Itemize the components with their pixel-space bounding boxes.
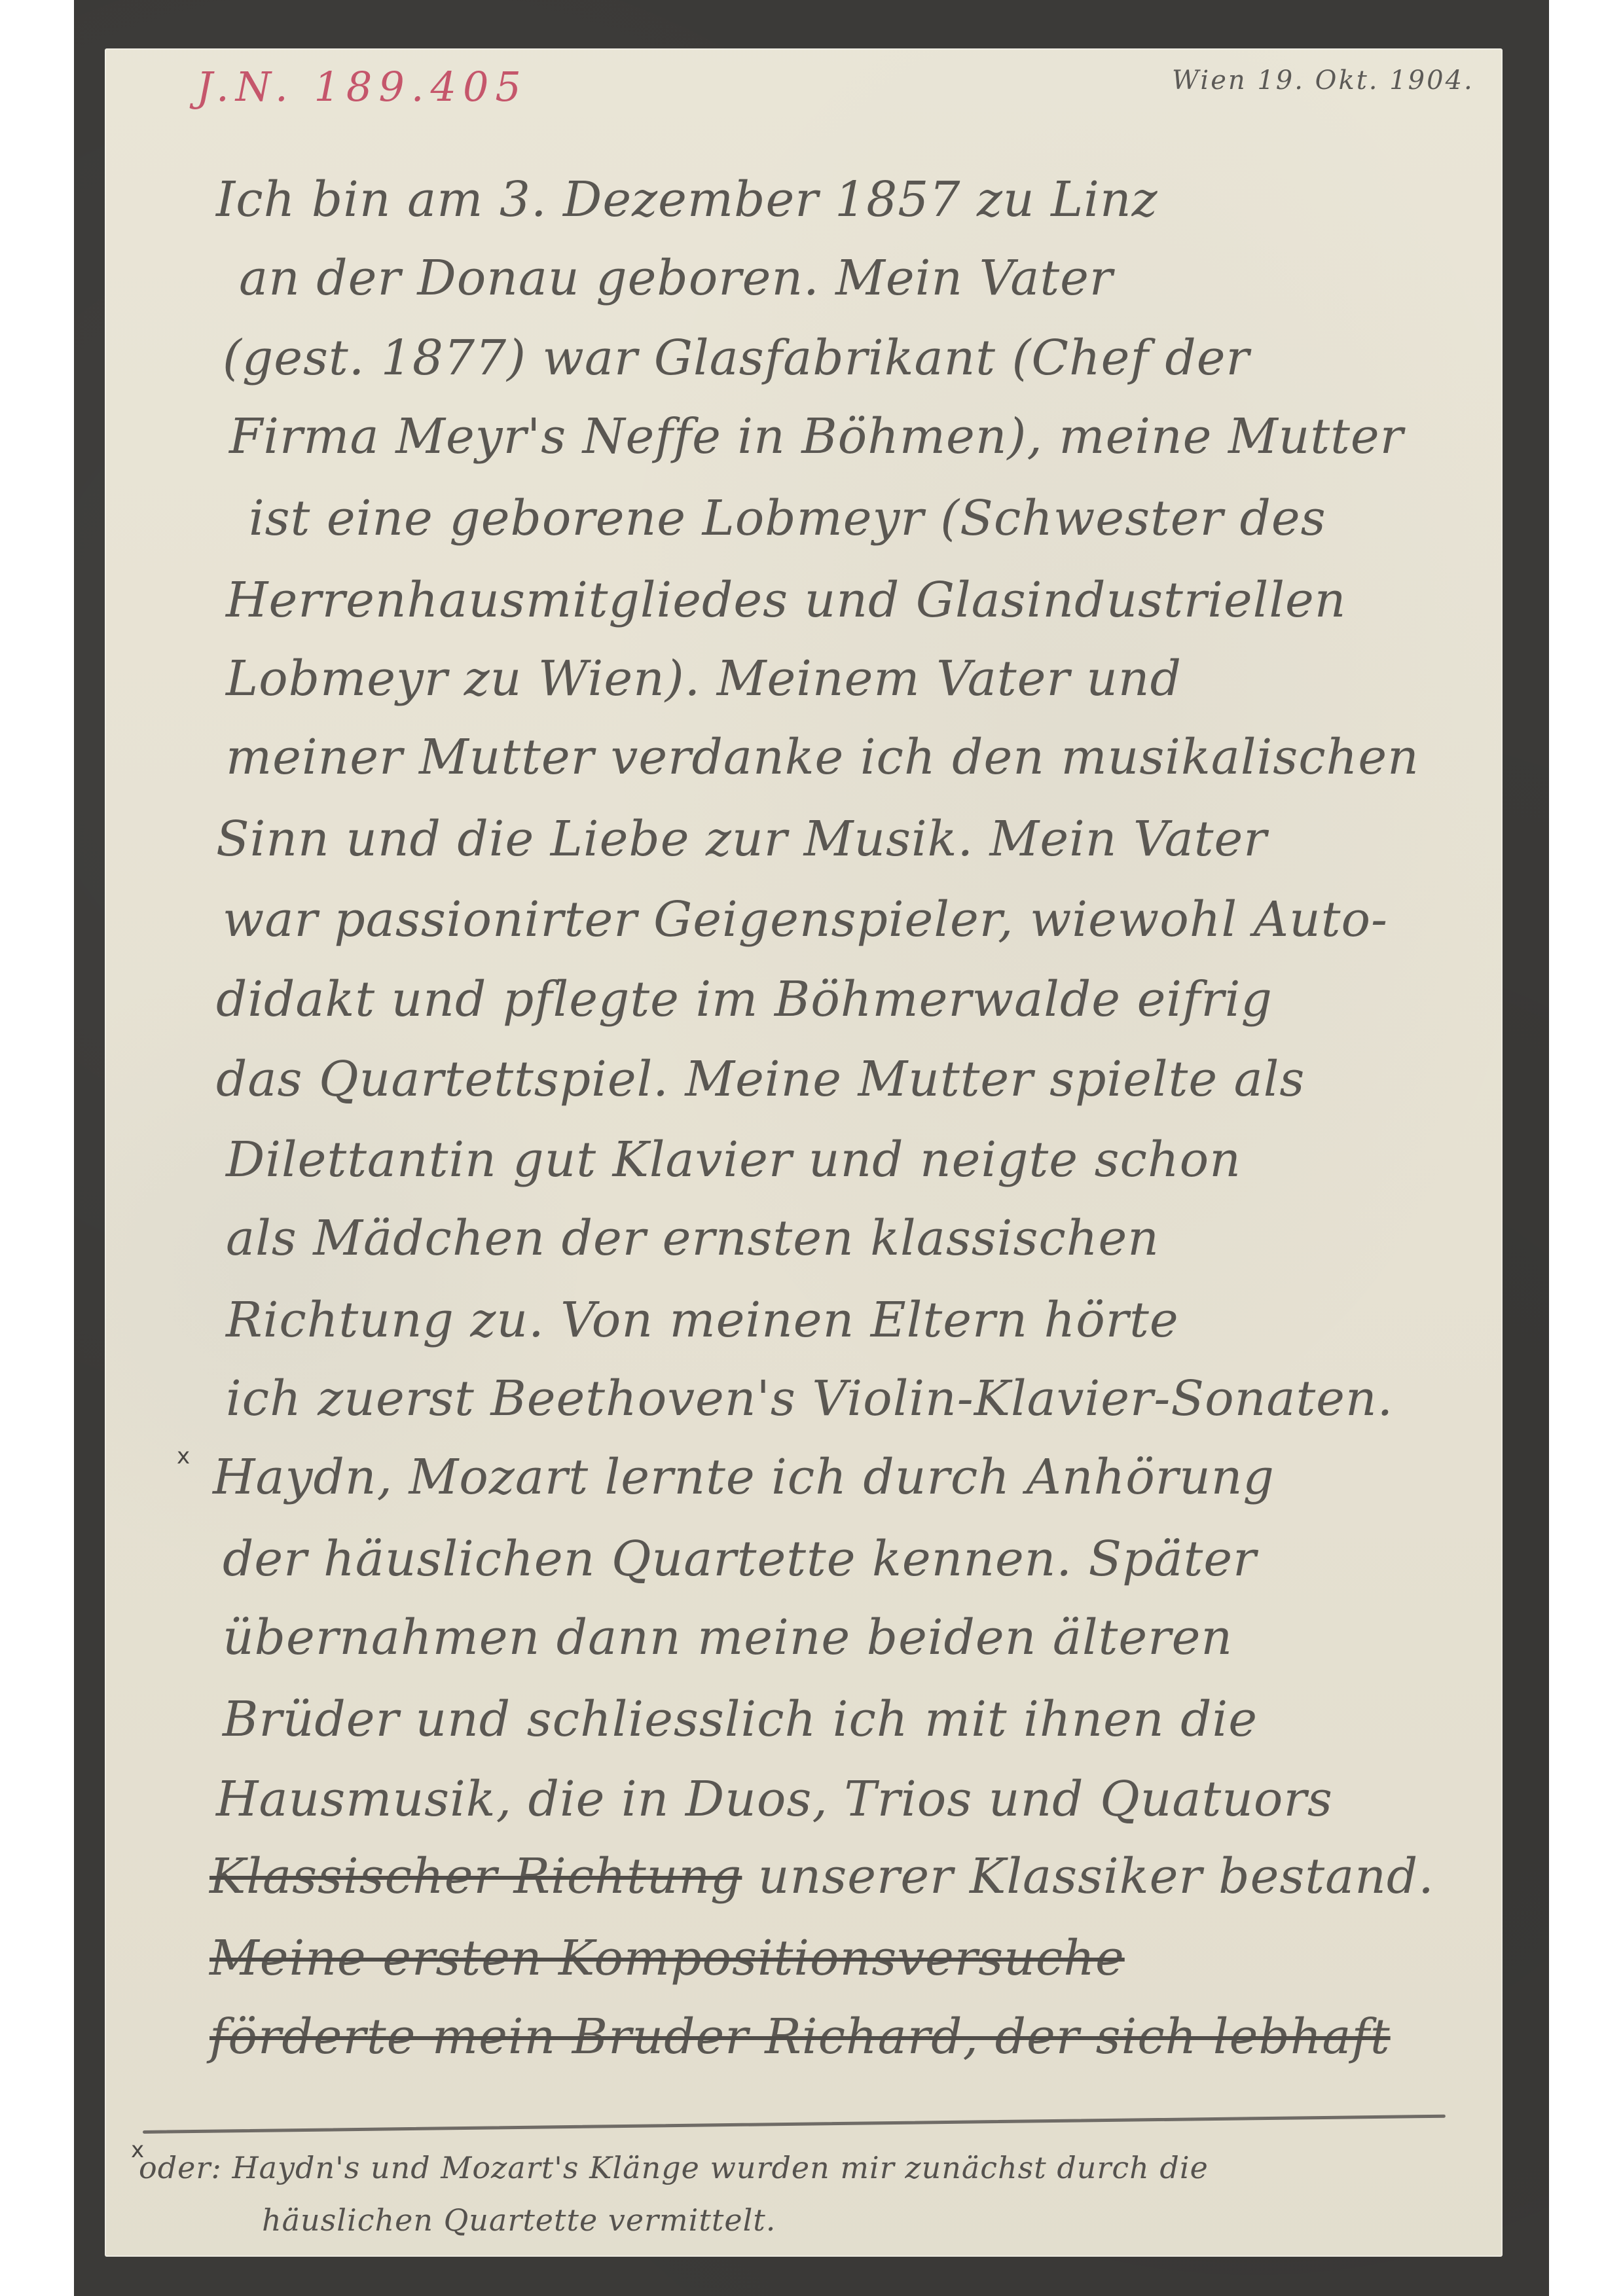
body-line-23-struck: Meine ersten Kompositionsversuche [210, 1934, 1125, 1982]
body-line-14: als Mädchen der ernsten klassischen [226, 1214, 1159, 1263]
body-line-24-struck: förderte mein Bruder Richard, der sich l… [210, 2013, 1391, 2061]
body-line-7: Lobmeyr zu Wien). Meinem Vater und [226, 655, 1182, 703]
struck-text: Klassischer Richtung [210, 1848, 742, 1905]
body-line-4: Firma Meyr's Neffe in Böhmen), meine Mut… [229, 412, 1404, 461]
body-line-13: Dilettantin gut Klavier und neigte schon [226, 1136, 1241, 1184]
body-line-16: ich zuerst Beethoven's Violin-Klavier-So… [226, 1374, 1393, 1423]
insertion-mark: x [177, 1443, 190, 1469]
footnote-line-2: häuslichen Quartette vermittelt. [262, 2202, 776, 2238]
footnote-line-1: oder: Haydn's und Mozart's Klänge wurden… [139, 2150, 1209, 2185]
letter-body: Ich bin am 3. Dezember 1857 zu Linz an d… [0, 0, 1623, 2296]
body-line-21: Hausmusik, die in Duos, Trios und Quatuo… [216, 1775, 1333, 1823]
body-line-6: Herrenhausmitgliedes und Glasindustriell… [226, 576, 1346, 624]
body-line-18: der häuslichen Quartette kennen. Später [223, 1535, 1257, 1583]
body-line-10: war passionirter Geigenspieler, wiewohl … [223, 895, 1388, 944]
body-line-11: didakt und pflegte im Böhmerwalde eifrig [216, 975, 1273, 1024]
body-line-12: das Quartettspiel. Meine Mutter spielte … [216, 1055, 1305, 1103]
body-line-2: an der Donau geboren. Mein Vater [239, 254, 1113, 302]
body-line-5: ist eine geborene Lobmeyr (Schwester des [249, 494, 1326, 543]
body-line-9: Sinn und die Liebe zur Musik. Mein Vater [216, 815, 1267, 863]
body-line-3: (gest. 1877) war Glasfabrikant (Chef der [223, 334, 1250, 382]
body-line-8: meiner Mutter verdanke ich den musikalis… [226, 733, 1419, 781]
body-line-20: Brüder und schliesslich ich mit ihnen di… [223, 1695, 1258, 1744]
body-line-19: übernahmen dann meine beiden älteren [223, 1613, 1233, 1662]
body-line-22: Klassischer Richtung unserer Klassiker b… [210, 1852, 1434, 1901]
body-line-15: Richtung zu. Von meinen Eltern hörte [226, 1296, 1179, 1344]
line-continuation: unserer Klassiker bestand. [742, 1848, 1434, 1905]
body-line-17: Haydn, Mozart lernte ich durch Anhörung [213, 1453, 1275, 1501]
body-line-1: Ich bin am 3. Dezember 1857 zu Linz [216, 175, 1158, 224]
